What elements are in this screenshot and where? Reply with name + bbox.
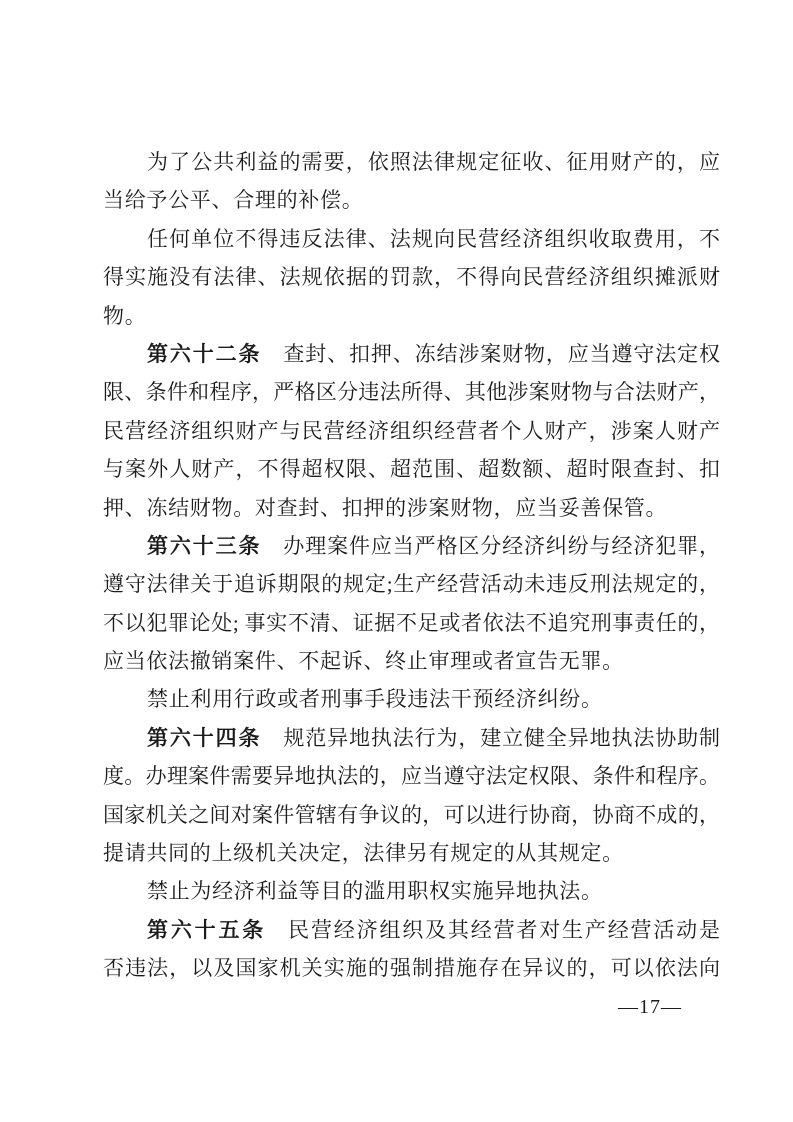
text-line-10: 押、冻结财物。对查封、扣押的涉案财物，应当妥善保管。: [103, 489, 720, 527]
text-line-16: 第六十四条规范异地执法行为，建立健全异地执法协助制: [103, 719, 720, 757]
text-line-18: 国家机关之间对案件管辖有争议的，可以进行协商，协商不成的，: [103, 796, 720, 834]
document-text-block: 为了公共利益的需要，依照法律规定征收、征用财产的，应当给予公平、合理的补偿。任何…: [103, 143, 720, 988]
line-text: 应当依法撤销案件、不起诉、终止审理或者宣告无罪。: [103, 649, 624, 673]
line-text: 民营经济组织及其经营者对生产经营活动是: [288, 918, 720, 942]
line-text: 物。: [103, 304, 146, 328]
text-line-5: 物。: [103, 297, 720, 335]
article-number: 第六十五条: [147, 919, 266, 942]
text-line-22: 否违法，以及国家机关实施的强制措施存在异议的，可以依法向: [103, 949, 720, 987]
article-number: 第六十二条: [147, 343, 261, 366]
text-line-4: 得实施没有法律、法规依据的罚款，不得向民营经济组织摊派财: [103, 258, 720, 296]
line-text: 否违法，以及国家机关实施的强制措施存在异议的，可以依法向: [103, 956, 720, 980]
line-text: 国家机关之间对案件管辖有争议的，可以进行协商，协商不成的，: [103, 803, 720, 827]
text-line-14: 应当依法撤销案件、不起诉、终止审理或者宣告无罪。: [103, 642, 720, 680]
page-number: —17—: [618, 996, 682, 1019]
text-line-1: 为了公共利益的需要，依照法律规定征收、征用财产的，应: [103, 143, 720, 181]
line-text: 禁止利用行政或者刑事手段违法干预经济纠纷。: [147, 687, 603, 711]
line-text: 规范异地执法行为，建立健全异地执法协助制: [283, 726, 720, 750]
line-text: 提请共同的上级机关决定，法律另有规定的从其规定。: [103, 841, 624, 865]
text-line-3: 任何单位不得违反法律、法规向民营经济组织收取费用，不: [103, 220, 720, 258]
line-text: 民营经济组织财产与民营经济组织经营者个人财产，涉案人财产: [103, 419, 720, 443]
text-line-2: 当给予公平、合理的补偿。: [103, 181, 720, 219]
line-text: 得实施没有法律、法规依据的罚款，不得向民营经济组织摊派财: [103, 265, 720, 289]
text-line-9: 与案外人财产，不得超权限、超范围、超数额、超时限查封、扣: [103, 450, 720, 488]
line-text: 押、冻结财物。对查封、扣押的涉案财物，应当妥善保管。: [103, 496, 667, 520]
line-text: 限、条件和程序，严格区分违法所得、其他涉案财物与合法财产，: [103, 380, 720, 404]
text-line-7: 限、条件和程序，严格区分违法所得、其他涉案财物与合法财产，: [103, 373, 720, 411]
line-text: 查封、扣押、冻结涉案财物，应当遵守法定权: [283, 342, 720, 366]
text-line-20: 禁止为经济利益等目的滥用职权实施异地执法。: [103, 872, 720, 910]
article-number: 第六十四条: [147, 727, 261, 750]
line-text: 不以犯罪论处; 事实不清、证据不足或者依法不追究刑事责任的，: [103, 611, 720, 635]
line-text: 办理案件应当严格区分经济纠纷与经济犯罪，: [283, 534, 720, 558]
text-line-17: 度。办理案件需要异地执法的，应当遵守法定权限、条件和程序。: [103, 757, 720, 795]
line-text: 为了公共利益的需要，依照法律规定征收、征用财产的，应: [147, 150, 720, 174]
text-line-11: 第六十三条办理案件应当严格区分经济纠纷与经济犯罪，: [103, 527, 720, 565]
text-line-21: 第六十五条民营经济组织及其经营者对生产经营活动是: [103, 911, 720, 949]
document-page: 为了公共利益的需要，依照法律规定征收、征用财产的，应当给予公平、合理的补偿。任何…: [0, 0, 793, 1122]
text-line-8: 民营经济组织财产与民营经济组织经营者个人财产，涉案人财产: [103, 412, 720, 450]
text-line-19: 提请共同的上级机关决定，法律另有规定的从其规定。: [103, 834, 720, 872]
article-number: 第六十三条: [147, 535, 261, 558]
text-line-12: 遵守法律关于追诉期限的规定;生产经营活动未违反刑法规定的，: [103, 565, 720, 603]
text-line-6: 第六十二条查封、扣押、冻结涉案财物，应当遵守法定权: [103, 335, 720, 373]
line-text: 禁止为经济利益等目的滥用职权实施异地执法。: [147, 879, 603, 903]
line-text: 当给予公平、合理的补偿。: [103, 188, 363, 212]
text-line-13: 不以犯罪论处; 事实不清、证据不足或者依法不追究刑事责任的，: [103, 604, 720, 642]
line-text: 遵守法律关于追诉期限的规定;生产经营活动未违反刑法规定的，: [103, 572, 720, 596]
line-text: 与案外人财产，不得超权限、超范围、超数额、超时限查封、扣: [103, 457, 720, 481]
line-text: 度。办理案件需要异地执法的，应当遵守法定权限、条件和程序。: [103, 764, 720, 788]
text-line-15: 禁止利用行政或者刑事手段违法干预经济纠纷。: [103, 680, 720, 718]
line-text: 任何单位不得违反法律、法规向民营经济组织收取费用，不: [147, 227, 720, 251]
